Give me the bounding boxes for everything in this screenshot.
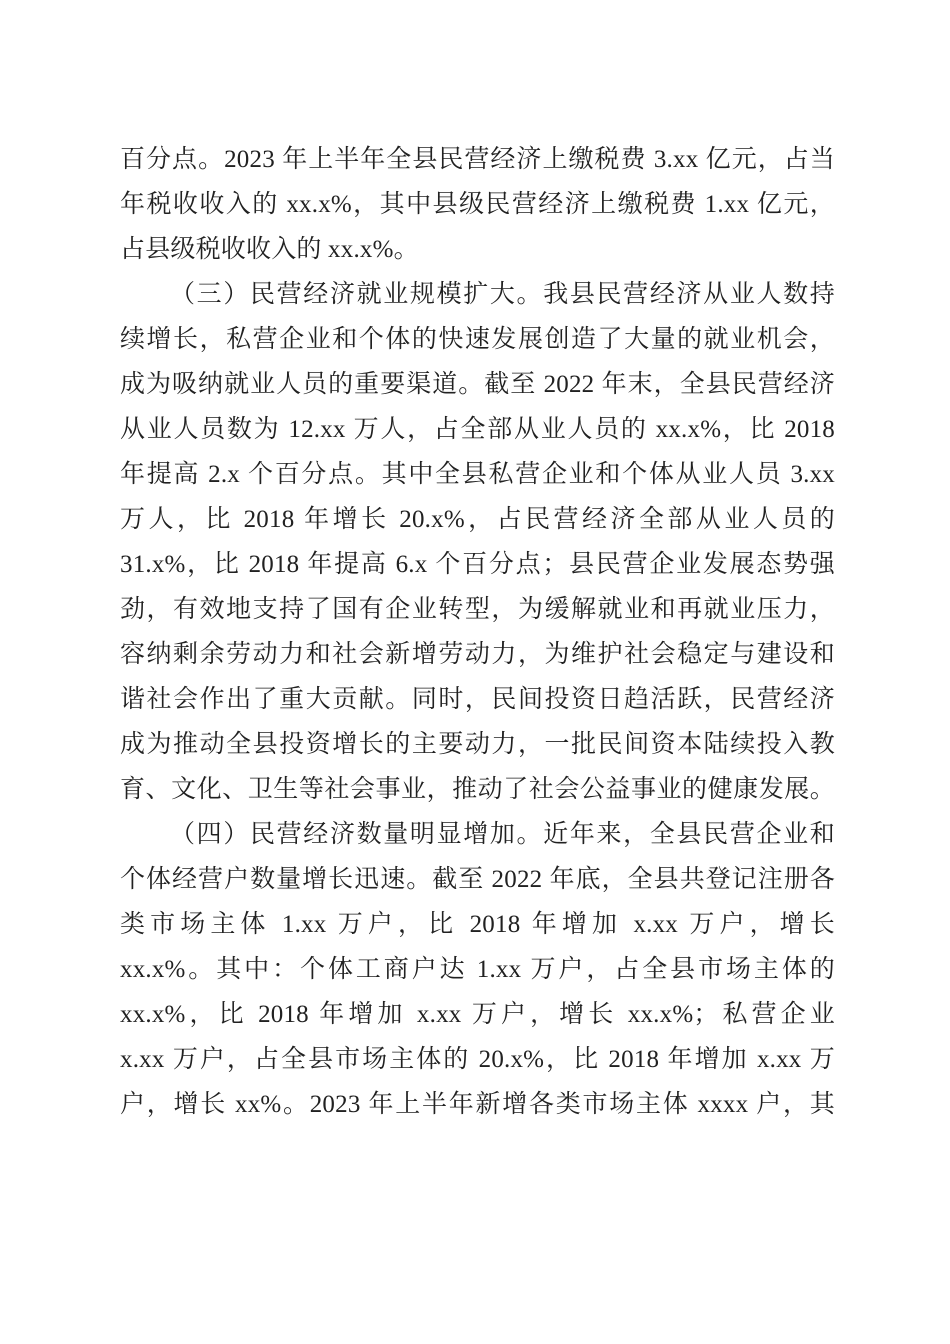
text-line: 续增长，私营企业和个体的快速发展创造了大量的就业机会，: [120, 317, 835, 362]
text-line: 类市场主体 1.xx 万户，比 2018 年增加 x.xx 万户，增长: [120, 902, 835, 947]
text-line: 从业人员数为 12.xx 万人，占全部从业人员的 xx.x%，比 2018: [120, 407, 835, 452]
text-line: （四）民营经济数量明显增加。近年来，全县民营企业和: [120, 812, 835, 857]
text-line: 年税收收入的 xx.x%，其中县级民营经济上缴税费 1.xx 亿元，: [120, 182, 835, 227]
text-line: 万人，比 2018 年增长 20.x%，占民营经济全部从业人员的: [120, 497, 835, 542]
text-line: xx.x%，比 2018 年增加 x.xx 万户，增长 xx.x%；私营企业: [120, 992, 835, 1037]
text-line: （三）民营经济就业规模扩大。我县民营经济从业人数持: [120, 272, 835, 317]
text-line: 成为吸纳就业人员的重要渠道。截至 2022 年末，全县民营经济: [120, 362, 835, 407]
paragraph-section-3: （三）民营经济就业规模扩大。我县民营经济从业人数持 续增长，私营企业和个体的快速…: [120, 272, 835, 812]
text-line: xx.x%。其中：个体工商户达 1.xx 万户，占全县市场主体的: [120, 947, 835, 992]
paragraph-continuation: 百分点。2023 年上半年全县民营经济上缴税费 3.xx 亿元，占当 年税收收入…: [120, 137, 835, 272]
text-line: 年提高 2.x 个百分点。其中全县私营企业和个体从业人员 3.xx: [120, 452, 835, 497]
paragraph-section-4: （四）民营经济数量明显增加。近年来，全县民营企业和 个体经营户数量增长迅速。截至…: [120, 812, 835, 1127]
document-body: 百分点。2023 年上半年全县民营经济上缴税费 3.xx 亿元，占当 年税收收入…: [120, 137, 835, 1127]
text-line: 户，增长 xx%。2023 年上半年新增各类市场主体 xxxx 户，其: [120, 1082, 835, 1127]
text-line: 31.x%，比 2018 年提高 6.x 个百分点；县民营企业发展态势强: [120, 542, 835, 587]
document-page: 百分点。2023 年上半年全县民营经济上缴税费 3.xx 亿元，占当 年税收收入…: [0, 0, 950, 1344]
text-line: 占县级税收收入的 xx.x%。: [120, 227, 835, 272]
text-line: 成为推动全县投资增长的主要动力，一批民间资本陆续投入教: [120, 722, 835, 767]
text-line: x.xx 万户，占全县市场主体的 20.x%，比 2018 年增加 x.xx 万: [120, 1037, 835, 1082]
text-line: 劲，有效地支持了国有企业转型，为缓解就业和再就业压力，: [120, 587, 835, 632]
text-line: 容纳剩余劳动力和社会新增劳动力，为维护社会稳定与建设和: [120, 632, 835, 677]
text-line: 育、文化、卫生等社会事业，推动了社会公益事业的健康发展。: [120, 767, 835, 812]
text-line: 百分点。2023 年上半年全县民营经济上缴税费 3.xx 亿元，占当: [120, 137, 835, 182]
text-line: 谐社会作出了重大贡献。同时，民间投资日趋活跃，民营经济: [120, 677, 835, 722]
text-line: 个体经营户数量增长迅速。截至 2022 年底，全县共登记注册各: [120, 857, 835, 902]
